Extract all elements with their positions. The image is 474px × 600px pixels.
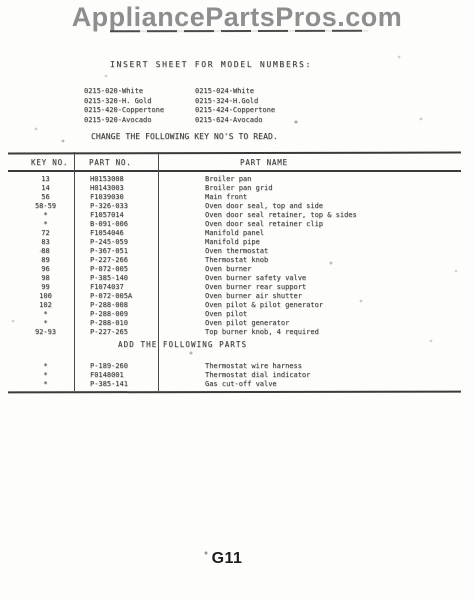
part-no-cell: P-227-265 xyxy=(74,328,158,337)
table-bottom-rule xyxy=(8,391,461,393)
part-name-cell: Thermostat knob xyxy=(158,256,461,265)
key-no-cell: 92-93 xyxy=(8,328,74,337)
part-no-cell: P-288-010 xyxy=(74,319,158,328)
part-no-cell: H0143003 xyxy=(74,184,158,193)
table-row: *P-385-141Gas cut-off valve xyxy=(8,380,461,389)
part-name-cell: Top burner knob, 4 required xyxy=(158,328,461,337)
key-no-cell: 58-59 xyxy=(8,202,74,211)
part-no-cell: P-189-260 xyxy=(74,362,158,371)
parts-table-body: 13H0153008Broiler pan14H0143003Broiler p… xyxy=(8,175,461,389)
part-no-cell: F1074037 xyxy=(74,283,158,292)
model-number: 0215-420-Coppertone xyxy=(84,106,164,116)
part-no-cell: P-385-141 xyxy=(74,380,158,389)
part-no-cell: P-245-059 xyxy=(74,238,158,247)
table-row: *F1057014Oven door seal retainer, top & … xyxy=(8,211,461,220)
model-numbers-right-column: 0215-024-White0215-324-H.Gold0215-424-Co… xyxy=(195,87,275,126)
table-row: 100P-072-005AOven burner air shutter xyxy=(8,292,461,301)
part-no-cell: P-227-266 xyxy=(74,256,158,265)
part-name-cell: Thermostat wire harness xyxy=(158,362,461,371)
key-no-cell: 83 xyxy=(8,238,74,247)
part-name-cell: Manifold pipe xyxy=(158,238,461,247)
part-name-cell: Thermostat dial indicator xyxy=(158,371,461,380)
key-no-cell: 88 xyxy=(8,247,74,256)
header-key-no: KEY NO. xyxy=(31,158,68,167)
insert-sheet-title: INSERT SHEET FOR MODEL NUMBERS: xyxy=(110,60,312,69)
table-row: 102P-288-008Oven pilot & pilot generator xyxy=(8,301,461,310)
key-no-cell: 98 xyxy=(8,274,74,283)
part-no-cell: P-367-051 xyxy=(74,247,158,256)
table-header-rule xyxy=(8,170,461,172)
part-name-cell: Oven door seal, top and side xyxy=(158,202,461,211)
model-number: 0215-024-White xyxy=(195,87,275,97)
model-number: 0215-020-White xyxy=(84,87,164,97)
part-name-cell: Oven burner rear support xyxy=(158,283,461,292)
table-row: 72F1054046Manifold panel xyxy=(8,229,461,238)
table-row: 98P-385-140Oven burner safety valve xyxy=(8,274,461,283)
table-row: 89P-227-266Thermostat knob xyxy=(8,256,461,265)
table-row: *F0148001Thermostat dial indicator xyxy=(8,371,461,380)
key-no-cell: 14 xyxy=(8,184,74,193)
model-number: 0215-624-Avocado xyxy=(195,116,275,126)
model-number: 0215-320-H. Gold xyxy=(84,97,164,107)
table-row: *P-288-009Oven pilot xyxy=(8,310,461,319)
key-no-cell: 96 xyxy=(8,265,74,274)
key-no-cell: 56 xyxy=(8,193,74,202)
part-no-cell: F1057014 xyxy=(74,211,158,220)
part-no-cell: P-288-008 xyxy=(74,301,158,310)
key-no-cell: * xyxy=(8,362,74,371)
table-row: *P-288-010Oven pilot generator xyxy=(8,319,461,328)
key-no-cell: 13 xyxy=(8,175,74,184)
table-row: 92-93P-227-265Top burner knob, 4 require… xyxy=(8,328,461,337)
model-numbers-left-column: 0215-020-White0215-320-H. Gold0215-420-C… xyxy=(84,87,164,126)
table-row: 14H0143003Broiler pan grid xyxy=(8,184,461,193)
key-no-cell: * xyxy=(8,319,74,328)
part-name-cell: Oven pilot xyxy=(158,310,461,319)
part-no-cell: H0153008 xyxy=(74,175,158,184)
page-code: G11 xyxy=(0,550,454,568)
key-no-cell: * xyxy=(8,211,74,220)
key-no-cell: 72 xyxy=(8,229,74,238)
part-no-cell: F0148001 xyxy=(74,371,158,380)
header-part-name: PART NAME xyxy=(240,158,288,167)
part-no-cell: P-385-140 xyxy=(74,274,158,283)
key-no-cell: 100 xyxy=(8,292,74,301)
part-name-cell: Oven pilot & pilot generator xyxy=(158,301,461,310)
part-name-cell: Oven burner safety valve xyxy=(158,274,461,283)
part-no-cell: P-072-005 xyxy=(74,265,158,274)
change-key-note: CHANGE THE FOLLOWING KEY NO'S TO READ. xyxy=(91,132,278,141)
part-name-cell: Manifold panel xyxy=(158,229,461,238)
table-row: 56F1039030Main front xyxy=(8,193,461,202)
key-no-cell: 102 xyxy=(8,301,74,310)
key-no-cell: * xyxy=(8,371,74,380)
part-name-cell: Main front xyxy=(158,193,461,202)
parts-rows: 13H0153008Broiler pan14H0143003Broiler p… xyxy=(8,175,461,337)
key-no-cell: 99 xyxy=(8,283,74,292)
key-no-cell: * xyxy=(8,310,74,319)
part-no-cell: B-091-006 xyxy=(74,220,158,229)
part-name-cell: Oven burner air shutter xyxy=(158,292,461,301)
table-row: 83P-245-059Manifold pipe xyxy=(8,238,461,247)
table-row: 58-59P-326-033Oven door seal, top and si… xyxy=(8,202,461,211)
part-name-cell: Broiler pan xyxy=(158,175,461,184)
part-no-cell: F1039030 xyxy=(74,193,158,202)
part-no-cell: P-288-009 xyxy=(74,310,158,319)
model-number: 0215-324-H.Gold xyxy=(195,97,275,107)
appliancepartspros-logo: AppliancePartsPros.com xyxy=(0,2,474,33)
table-row: 13H0153008Broiler pan xyxy=(8,175,461,184)
added-rows: *P-189-260Thermostat wire harness*F01480… xyxy=(8,362,461,389)
part-name-cell: Oven burner xyxy=(158,265,461,274)
part-no-cell: F1054046 xyxy=(74,229,158,238)
table-row: *B-091-006Oven door seal retainer clip xyxy=(8,220,461,229)
part-name-cell: Oven door seal retainer, top & sides xyxy=(158,211,461,220)
part-name-cell: Oven door seal retainer clip xyxy=(158,220,461,229)
table-row: *P-189-260Thermostat wire harness xyxy=(8,362,461,371)
part-name-cell: Broiler pan grid xyxy=(158,184,461,193)
table-row: 99F1074037Oven burner rear support xyxy=(8,283,461,292)
table-row: 96P-072-005Oven burner xyxy=(8,265,461,274)
model-number: 0215-424-Coppertone xyxy=(195,106,275,116)
header-part-no: PART NO. xyxy=(89,158,132,167)
key-no-cell: * xyxy=(8,220,74,229)
part-name-cell: Oven thermostat xyxy=(158,247,461,256)
part-name-cell: Oven pilot generator xyxy=(158,319,461,328)
key-no-cell: 89 xyxy=(8,256,74,265)
table-top-rule xyxy=(8,152,461,155)
scanned-parts-document: AppliancePartsPros.com INSERT SHEET FOR … xyxy=(0,0,474,600)
add-parts-note: ADD THE FOLLOWING PARTS xyxy=(118,340,461,349)
part-name-cell: Gas cut-off valve xyxy=(158,380,461,389)
key-no-cell: * xyxy=(8,380,74,389)
scan-noise xyxy=(0,0,2,2)
model-number: 0215-920-Avocado xyxy=(84,116,164,126)
table-row: 88P-367-051Oven thermostat xyxy=(8,247,461,256)
part-no-cell: P-326-033 xyxy=(74,202,158,211)
part-no-cell: P-072-005A xyxy=(74,292,158,301)
